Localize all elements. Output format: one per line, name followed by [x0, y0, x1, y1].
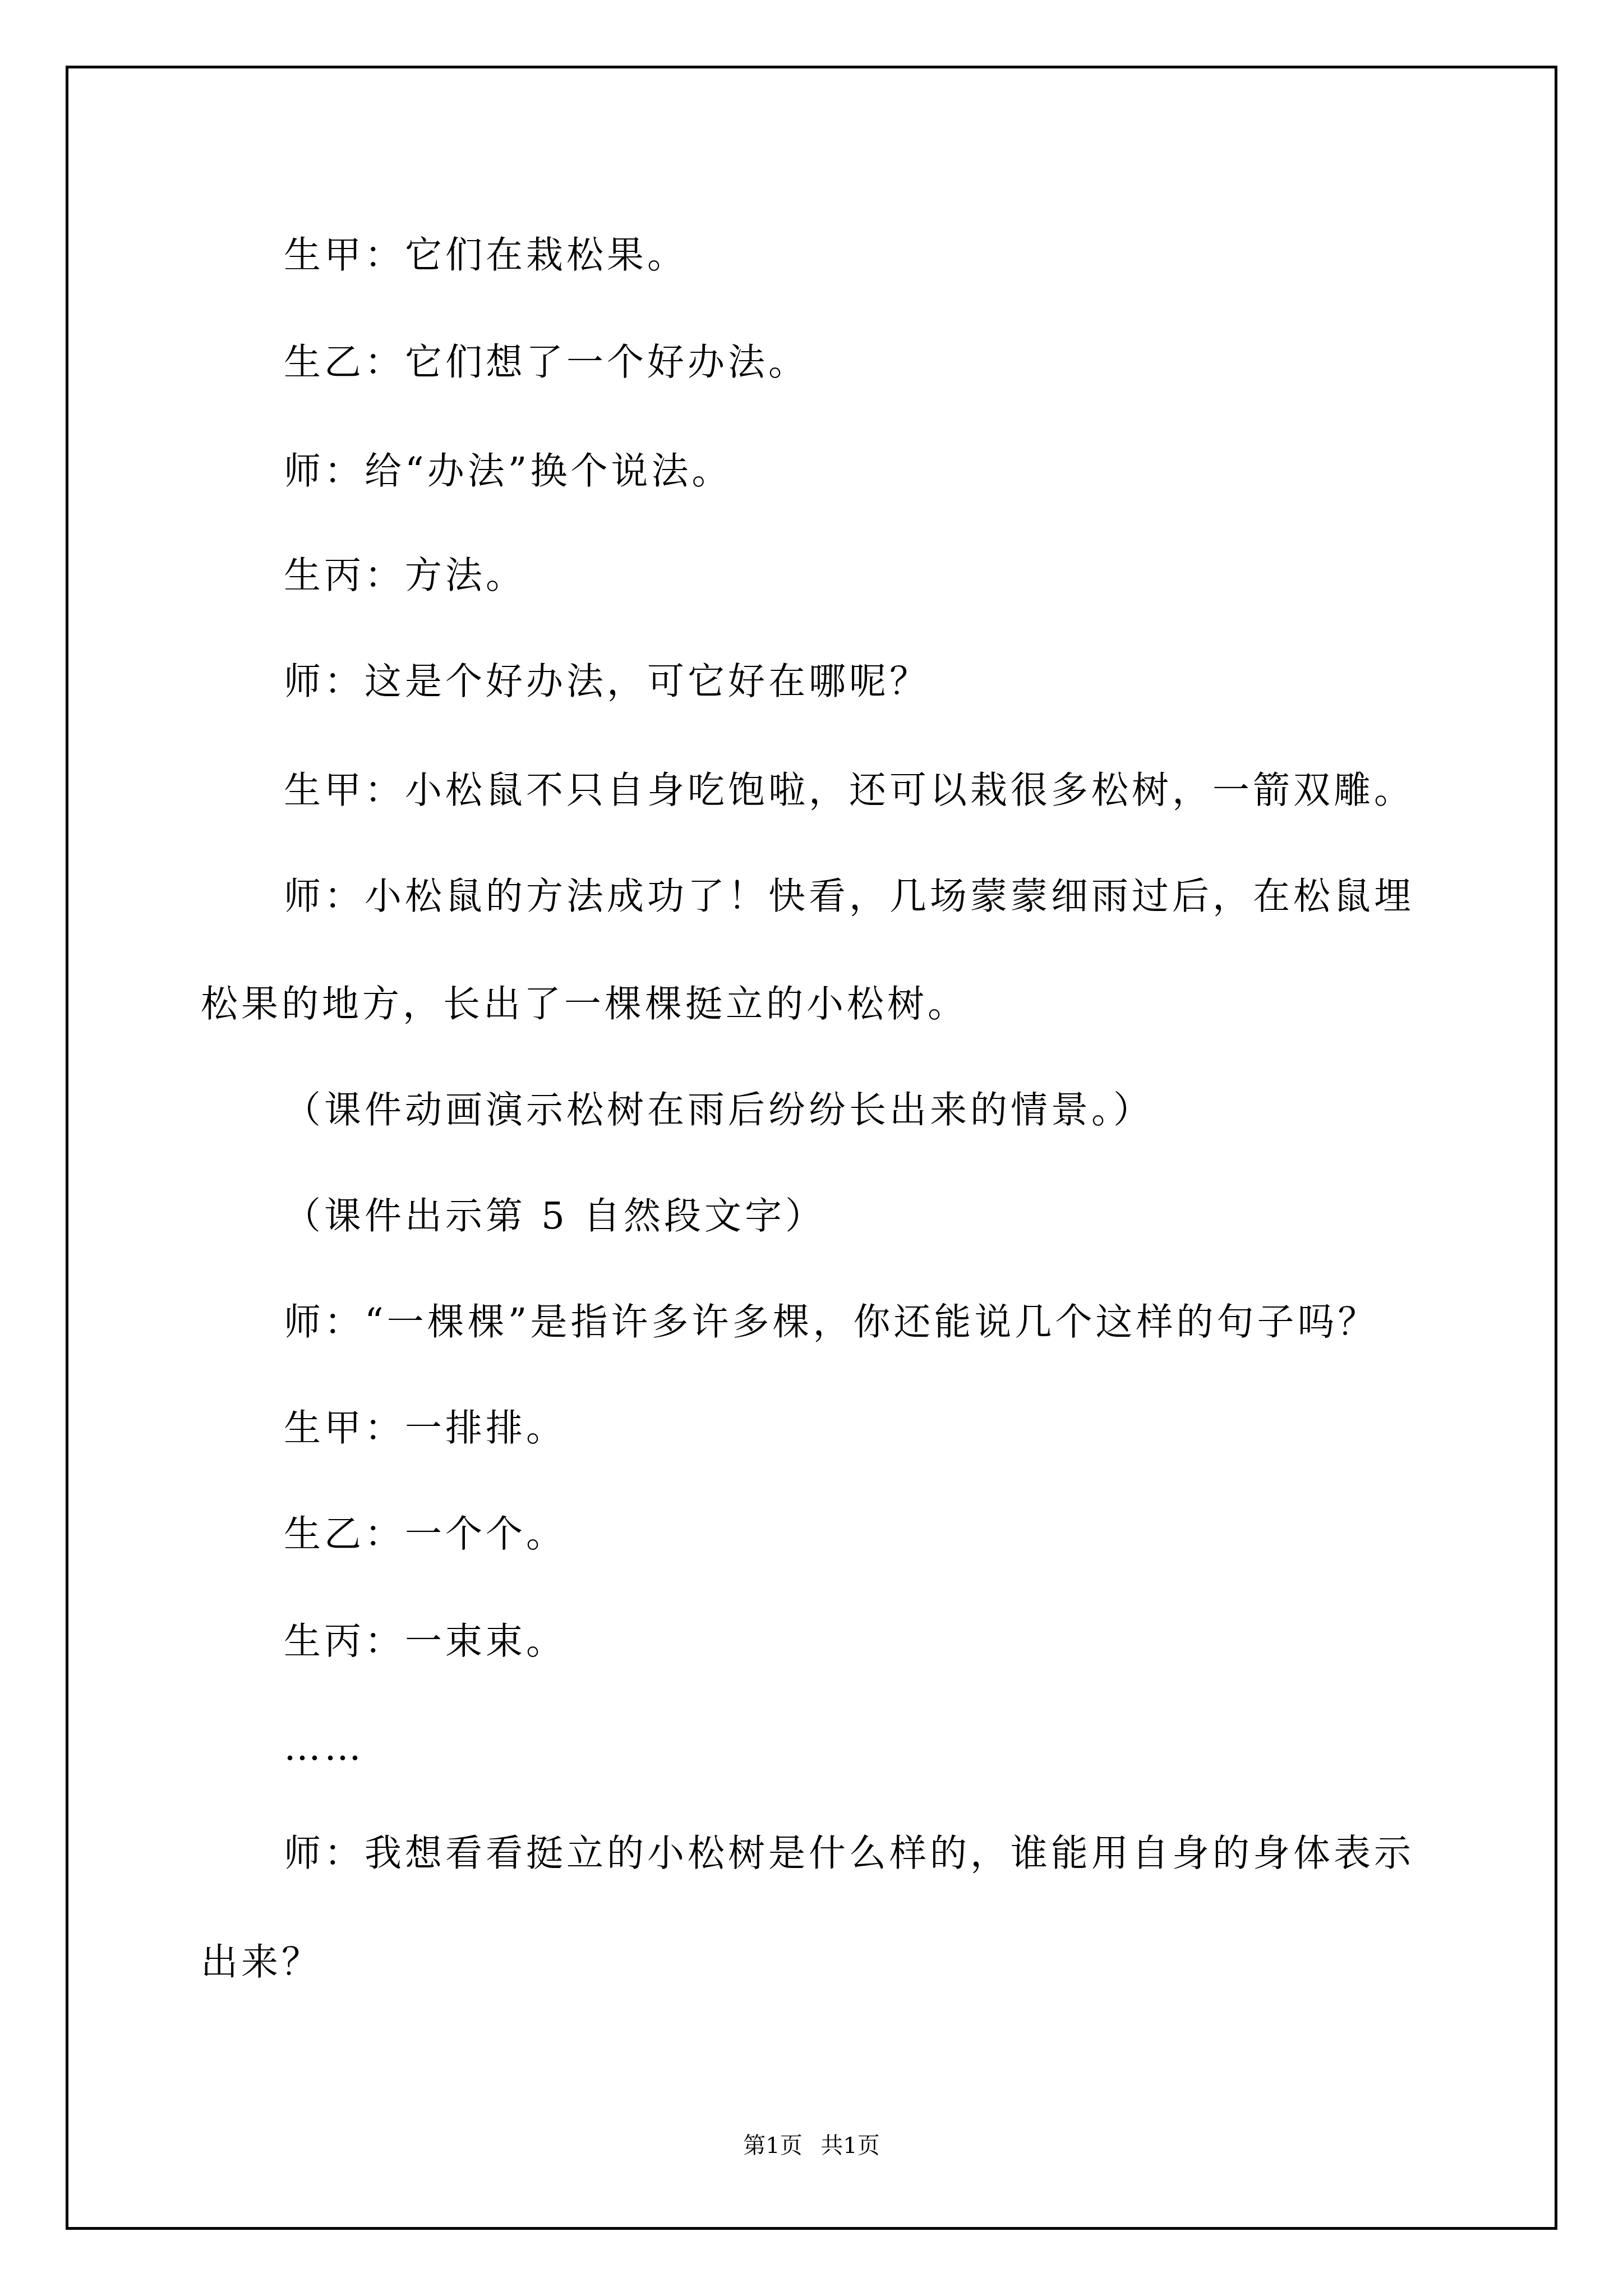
paragraph-line: 生丙：一束束。 [284, 1619, 566, 1664]
paragraph-line: 生丙：方法。 [284, 553, 526, 598]
paragraph-line: 师：给“办法”换个说法。 [284, 449, 732, 494]
total-pages-indicator: 共1页 [820, 2133, 879, 2159]
paragraph-line: 师：小松鼠的方法成功了！快看，几场蒙蒙细雨过后，在松鼠埋 [284, 874, 1414, 919]
paragraph-line: 生乙：一个个。 [284, 1512, 566, 1557]
paragraph-line: （课件动画演示松树在雨后纷纷长出来的情景。） [284, 1088, 1154, 1133]
paragraph-line: （课件出示第 5 自然段文字） [284, 1194, 826, 1239]
paragraph-line: 师：“一棵棵”是指许多许多棵，你还能说几个这样的句子吗？ [284, 1300, 1378, 1345]
paragraph-line: 生甲：一排排。 [284, 1406, 566, 1451]
paragraph-line: 生甲：小松鼠不只自身吃饱啦，还可以栽很多松树，一箭双雕。 [284, 768, 1414, 813]
current-page-indicator: 第1页 [743, 2133, 802, 2159]
paragraph-line: 师：我想看看挺立的小松树是什么样的，谁能用自身的身体表示 [284, 1831, 1414, 1876]
paragraph-line: 松果的地方，长出了一棵棵挺立的小松树。 [201, 982, 968, 1027]
paragraph-line: 出来？ [201, 1940, 322, 1985]
paragraph-line: 师：这是个好办法，可它好在哪呢？ [284, 659, 930, 704]
paragraph-line: 生乙：它们想了一个好办法。 [284, 340, 809, 385]
page-footer: 第1页 共1页 [0, 2132, 1623, 2160]
paragraph-line: 生甲：它们在栽松果。 [284, 233, 688, 278]
page-border [66, 66, 1557, 2230]
ellipsis-line: …… [284, 1725, 365, 1770]
